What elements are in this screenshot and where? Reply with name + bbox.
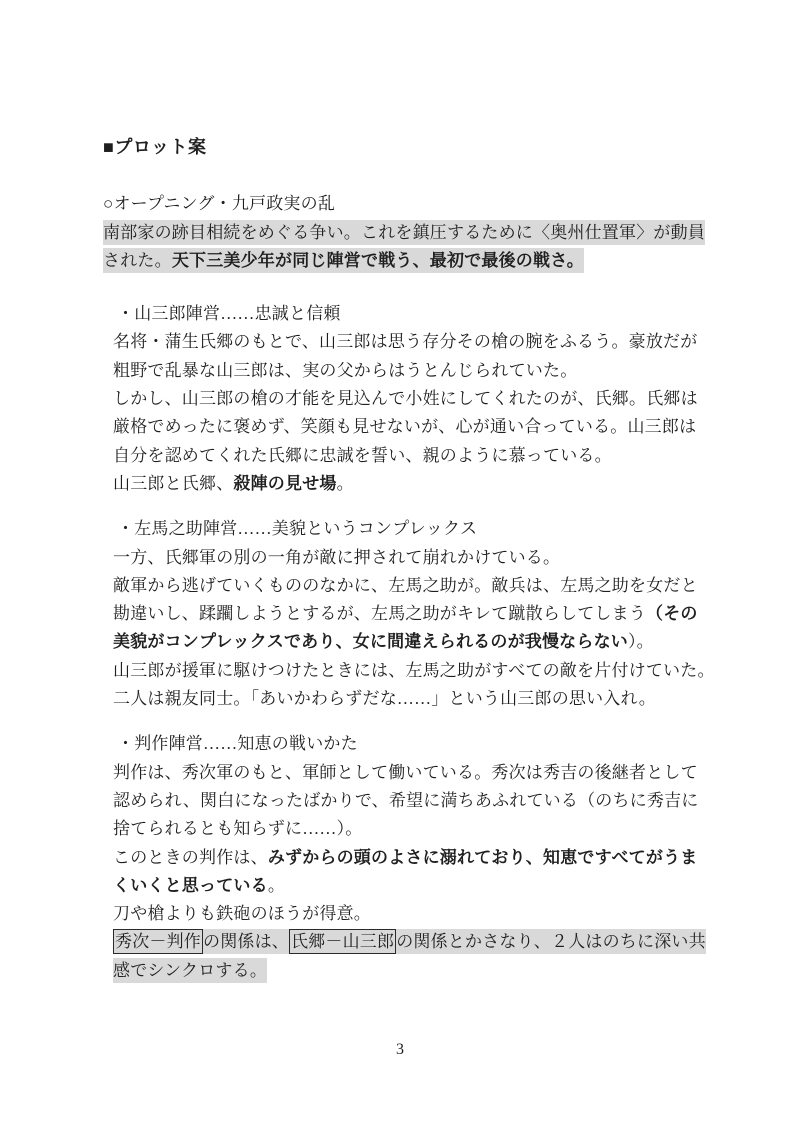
text-run: 勘違いし、蹂躙しようとするが、左馬之助がキレて蹴散らしてしまう bbox=[113, 604, 646, 623]
text-line: 自分を認めてくれた氏郷に忠誠を誓い、親のように慕っている。 bbox=[103, 442, 691, 470]
text-run: みずからの頭のよさに溺れており、知恵ですべてがうま bbox=[268, 848, 698, 867]
highlighted-text: された。 bbox=[103, 248, 172, 273]
text-line: 厳格でめったに褒めず、笑顔も見せないが、心が通い合っている。山三郎は bbox=[103, 413, 691, 441]
text-run: 捨てられるとも知らずに……）。 bbox=[113, 819, 363, 838]
boxed-text: 氏郷－山三郎 bbox=[289, 929, 396, 954]
text-run: 山三郎と氏郷、 bbox=[113, 474, 233, 493]
text-line: 山三郎が援軍に駆けつけたときには、左馬之助がすべての敵を片付けていた。 bbox=[103, 657, 691, 685]
text-line: 名将・蒲生氏郷のもとで、山三郎は思う存分その槍の腕をふるう。豪放だが bbox=[103, 328, 691, 356]
text-run: 山三郎が援軍に駆けつけたときには、左馬之助がすべての敵を片付けていた。 bbox=[113, 661, 715, 680]
boxed-text: 秀次－判作 bbox=[113, 929, 203, 954]
text-run: 二人は親友同士。「あいかわらずだな……」という山三郎の思い入れ。 bbox=[113, 689, 656, 708]
text-run: 自分を認めてくれた氏郷に忠誠を誓い、親のように慕っている。 bbox=[113, 446, 612, 465]
section-camp-samanosuke: ・左馬之助陣営……美貌というコンプレックス一方、氏郷軍の別の一角が敵に押されて崩… bbox=[103, 515, 691, 713]
text-line: 一方、氏郷軍の別の一角が敵に押されて崩れかけている。 bbox=[103, 544, 691, 572]
text-run: くいくと思っている bbox=[113, 876, 268, 895]
text-line: 粗野で乱暴な山三郎は、実の父からはうとんじられていた。 bbox=[103, 357, 691, 385]
text-line: 敵軍から逃げていくもののなかに、左馬之助が。敵兵は、左馬之助を女だと bbox=[103, 572, 691, 600]
document-body: ○オープニング・九戸政実の乱南部家の跡目相続をめぐる争い。これを鎮圧するために〈… bbox=[103, 190, 691, 985]
text-line: ・山三郎陣営……忠誠と信頼 bbox=[103, 300, 691, 328]
text-run: 敵軍から逃げていくもののなかに、左馬之助が。敵兵は、左馬之助を女だと bbox=[113, 576, 698, 595]
text-line: このときの判作は、みずからの頭のよさに溺れており、知恵ですべてがうま bbox=[103, 844, 691, 872]
text-line: 美貌がコンプレックスであり、女に間違えられるのが我慢ならない）。 bbox=[103, 628, 691, 656]
text-line: しかし、山三郎の槍の才能を見込んで小姓にしてくれたのが、氏郷。氏郷は bbox=[103, 385, 691, 413]
text-run: 厳格でめったに褒めず、笑顔も見せないが、心が通い合っている。山三郎は bbox=[113, 417, 696, 436]
page-number: 3 bbox=[0, 1040, 800, 1060]
text-run: 名将・蒲生氏郷のもとで、山三郎は思う存分その槍の腕をふるう。豪放だが bbox=[113, 332, 697, 351]
text-run: このときの判作は、 bbox=[113, 848, 268, 867]
text-run: 粗野で乱暴な山三郎は、実の父からはうとんじられていた。 bbox=[113, 361, 577, 380]
document-title: ■プロット案 bbox=[103, 133, 691, 161]
text-line: くいくと思っている。 bbox=[103, 872, 691, 900]
highlighted-text: 南部家の跡目相続をめぐる争い。これを鎮圧するために〈奥州仕置軍〉が動員 bbox=[103, 220, 705, 245]
section-camp-yamasaburo: ・山三郎陣営……忠誠と信頼名将・蒲生氏郷のもとで、山三郎は思う存分その槍の腕をふ… bbox=[103, 300, 691, 498]
text-run: ）。 bbox=[628, 632, 654, 651]
text-run: 。 bbox=[337, 474, 354, 493]
text-run: 。 bbox=[268, 876, 285, 895]
highlighted-text: の関係は、 bbox=[203, 929, 289, 954]
text-line: 秀次－判作の関係は、氏郷－山三郎の関係とかさなり、２人はのちに深い共 bbox=[103, 928, 691, 956]
text-run: 殺陣の見せ場 bbox=[233, 474, 336, 493]
text-line: 感でシンクロする。 bbox=[103, 957, 691, 985]
text-run: 美貌がコンプレックスであり、女に間違えられるのが我慢ならない bbox=[113, 632, 628, 651]
section-opening: ○オープニング・九戸政実の乱南部家の跡目相続をめぐる争い。これを鎮圧するために〈… bbox=[103, 190, 691, 275]
text-line: された。天下三美少年が同じ陣営で戦う、最初で最後の戦さ。 bbox=[103, 247, 691, 275]
text-line: 南部家の跡目相続をめぐる争い。これを鎮圧するために〈奥州仕置軍〉が動員 bbox=[103, 219, 691, 247]
text-run: ・判作陣営……知恵の戦いかた bbox=[117, 734, 358, 753]
text-run: （その bbox=[646, 604, 698, 623]
text-line: 判作は、秀次軍のもと、軍師として働いている。秀次は秀吉の後継者として bbox=[103, 759, 691, 787]
text-line: 山三郎と氏郷、殺陣の見せ場。 bbox=[103, 470, 691, 498]
text-run: ・山三郎陣営……忠誠と信頼 bbox=[117, 304, 341, 323]
text-run: しかし、山三郎の槍の才能を見込んで小姓にしてくれたのが、氏郷。氏郷は bbox=[113, 389, 698, 408]
document-page: ■プロット案 ○オープニング・九戸政実の乱南部家の跡目相続をめぐる争い。これを鎮… bbox=[0, 0, 800, 1131]
document-content: ■プロット案 ○オープニング・九戸政実の乱南部家の跡目相続をめぐる争い。これを鎮… bbox=[103, 133, 691, 985]
highlighted-text: の関係とかさなり、２人はのちに深い共 bbox=[396, 929, 706, 954]
section-camp-hansaku: ・判作陣営……知恵の戦いかた判作は、秀次軍のもと、軍師として働いている。秀次は秀… bbox=[103, 730, 691, 985]
text-run: 刀や槍よりも鉄砲のほうが得意。 bbox=[113, 904, 371, 923]
text-line: 二人は親友同士。「あいかわらずだな……」という山三郎の思い入れ。 bbox=[103, 685, 691, 713]
text-line: 勘違いし、蹂躙しようとするが、左馬之助がキレて蹴散らしてしまう（その bbox=[103, 600, 691, 628]
highlighted-text: 感でシンクロする。 bbox=[113, 958, 267, 983]
text-line: ・判作陣営……知恵の戦いかた bbox=[103, 730, 691, 758]
text-run: 認められ、関白になったばかりで、希望に満ちあふれている（のちに秀吉に bbox=[113, 791, 698, 810]
text-run: ○オープニング・九戸政実の乱 bbox=[103, 194, 335, 213]
text-run: 判作は、秀次軍のもと、軍師として働いている。秀次は秀吉の後継者として bbox=[113, 763, 698, 782]
text-line: 捨てられるとも知らずに……）。 bbox=[103, 815, 691, 843]
text-run: 一方、氏郷軍の別の一角が敵に押されて崩れかけている。 bbox=[113, 548, 560, 567]
text-line: 認められ、関白になったばかりで、希望に満ちあふれている（のちに秀吉に bbox=[103, 787, 691, 815]
text-line: ・左馬之助陣営……美貌というコンプレックス bbox=[103, 515, 691, 543]
text-line: 刀や槍よりも鉄砲のほうが得意。 bbox=[103, 900, 691, 928]
text-run: ・左馬之助陣営……美貌というコンプレックス bbox=[117, 519, 477, 538]
text-line: ○オープニング・九戸政実の乱 bbox=[103, 190, 691, 218]
highlighted-text: 天下三美少年が同じ陣営で戦う、最初で最後の戦さ。 bbox=[172, 248, 584, 273]
